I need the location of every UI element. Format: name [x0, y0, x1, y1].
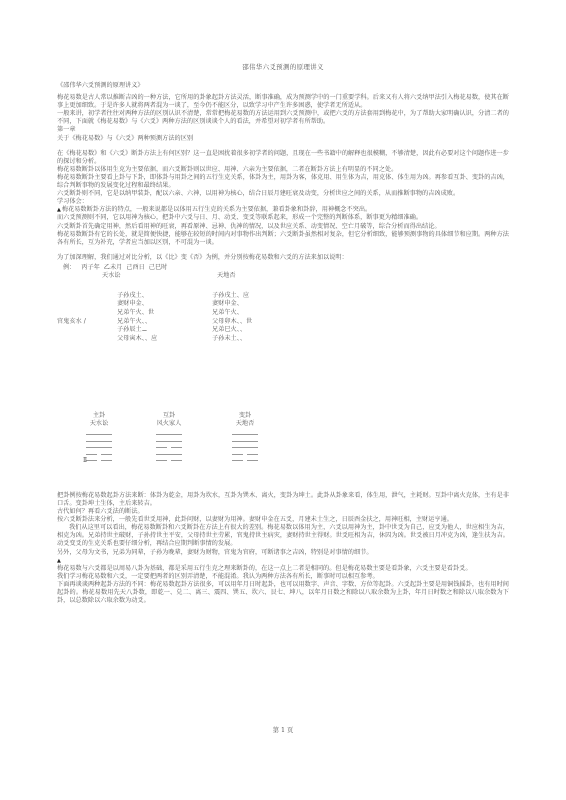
section1-paragraph-2: 梅花易数断卦以体用生克为主要依据，而六爻断卦则以世应、用神、六亲为主要依据，二者…	[57, 166, 509, 174]
section3-paragraph-4: 我们从这里可以看出，梅花易数断卦和六爻断卦在方法上有很大的差别。梅花易数以体用为…	[57, 524, 509, 548]
page-title: 邵伟华六爻预测的原理讲义	[0, 62, 566, 71]
document-page: 邵伟华六爻预测的原理讲义 《邵伟华六爻预测的原理讲义》 梅花易数是古人常以推断吉…	[0, 0, 566, 800]
hidden-spirit-label: 官鬼亥水 /	[57, 318, 86, 326]
main-hexagram-type: 主卦	[69, 412, 129, 420]
section1-paragraph-1: 在《梅花易数》和《六爻》断卦方法上有何区别？这一直是困扰着很多初学者的问题，且现…	[57, 150, 509, 166]
mutual-hexagram-lines	[156, 434, 182, 461]
example-block: 例： 丙子年 乙未月 己酉日 己巳时 天水讼 天地否 子孙戌土、 妻财申金、 兄…	[57, 262, 509, 412]
changed-hexagram: 变卦 天地否	[215, 412, 275, 467]
yin-line-icon	[156, 447, 182, 448]
example-label: 例：	[63, 264, 75, 271]
yin-line-icon	[232, 454, 258, 455]
right-hexagram-name: 天地否	[217, 272, 236, 280]
main-hexagram-title: 天水讼	[69, 420, 129, 428]
example-header: 例： 丙子年 乙未月 己酉日 己巳时	[63, 264, 167, 272]
left-hexagram-name: 天水讼	[102, 272, 121, 280]
right-hexagram-lines: 子孙戌土、应 妻财申金、 兄弟午火、 父母卯木、、世 兄弟巳火、、 子孙未土、、	[212, 292, 252, 344]
section4-paragraph-1: 梅花易数与六爻都是以周易八卦为基础，都是采用五行生克之理来断卦的，在这一点上二者…	[57, 565, 509, 573]
mutual-hexagram-type: 互卦	[139, 412, 199, 420]
yin-line-icon	[86, 454, 112, 455]
left-line-4: 兄弟午火、世	[117, 309, 157, 318]
yang-line-icon	[156, 441, 182, 442]
right-line-4: 兄弟午火、	[212, 309, 252, 318]
section3-paragraph-5: 另外，父母为文书，兄弟为同辈，子孙为晚辈，妻财为财物，官鬼为官府，可断诸事之吉凶…	[57, 549, 509, 557]
right-line-1: 子孙未土、、	[212, 335, 252, 344]
main-hexagram-lines: Ⅱ	[86, 434, 112, 461]
section1-paragraph-3: 梅花易数断卦主要看上卦与下卦，即体卦与用卦之间的五行生克关系，体卦为主，用卦为客…	[57, 174, 509, 190]
right-line-5: 妻财申金、	[212, 300, 252, 309]
main-hexagram: 主卦 天水讼 Ⅱ	[69, 412, 129, 467]
example-intro: 为了加深理解，我们通过对比分析，以《比》变《否》为例，并分别按梅花易数和六爻的方…	[57, 254, 509, 262]
section4-paragraph-3: 下面再谈谈两种起卦方法的不同：梅花易数起卦方法很多，可以用年月日时起卦，也可以用…	[57, 581, 509, 605]
date-year: 丙子年	[81, 264, 100, 271]
section1-paragraph-4: 六爻断卦则不同，它是以纳甲装卦，配以六亲、六神，以用神为核心，结合日辰月建旺衰及…	[57, 190, 509, 198]
yin-line-icon	[156, 460, 182, 461]
yang-line-icon	[86, 447, 112, 448]
yang-line-icon	[232, 434, 258, 435]
moving-line-marker-icon: Ⅱ	[83, 457, 87, 465]
left-line-2: 子孙辰土⚊	[117, 326, 157, 335]
yang-line-icon	[232, 441, 258, 442]
yang-line-icon	[156, 454, 182, 455]
mutual-hexagram: 互卦 风火家人	[139, 412, 199, 467]
section3-paragraph-1: 把卦例按梅花易数起卦方法来断：体卦为乾金，用卦为坎水，互卦为巽木、离火，变卦为坤…	[57, 492, 509, 508]
right-line-3: 父母卯木、、世	[212, 318, 252, 327]
mutual-hexagram-title: 风火家人	[139, 420, 199, 428]
yang-line-icon	[86, 441, 112, 442]
section4-paragraph-2: 我们学习梅花易数和六爻，一定要把两者的区别弄清楚，不能混淆。我认为两种方法各有所…	[57, 573, 509, 581]
changed-hexagram-title: 天地否	[215, 420, 275, 428]
document-body: 《邵伟华六爻预测的原理讲义》 梅花易数是古人常以推断吉凶的一种方法，它所用的卦象…	[57, 82, 509, 605]
yang-line-icon	[156, 434, 182, 435]
section3-paragraph-2: 古代如何？再看六爻法的断法。	[57, 508, 509, 516]
left-hexagram-lines: 子孙戌土、 妻财申金、 兄弟午火、世 兄弟午火、、 子孙辰土⚊ 父母寅木、、应	[117, 292, 157, 344]
changed-hexagram-lines	[232, 434, 258, 461]
date-day: 己酉日	[126, 264, 145, 271]
page-number: 第 1 页	[0, 725, 566, 734]
chapter-label: 第一章	[57, 126, 509, 134]
document-subtitle: 《邵伟华六爻预测的原理讲义》	[57, 82, 509, 90]
intro-paragraph-1: 梅花易数是古人常以推断吉凶的一种方法，它所用的卦象起卦方法灵活，断事准确，成为预…	[57, 94, 509, 110]
section-marker	[57, 557, 509, 565]
left-line-3: 兄弟午火、、	[117, 318, 157, 327]
hexagram-diagrams: 主卦 天水讼 Ⅱ 互卦 风火家人	[57, 412, 509, 492]
left-line-1: 父母寅木、、应	[117, 335, 157, 344]
chapter-heading: 关于《梅花易数》与《六爻》两种预测方法的区别	[57, 135, 509, 143]
intro-paragraph-2: 一般来讲，初学者往往对两种方法的区别认识不清楚，常常把梅花易数的方法运用到六爻预…	[57, 110, 509, 126]
yin-line-icon: Ⅱ	[86, 460, 112, 461]
date-hour: 己巳时	[149, 264, 168, 271]
date-month: 乙未月	[104, 264, 123, 271]
yang-line-icon	[86, 434, 112, 435]
section2-paragraph-1: 而六爻预测则不同，它以用神为核心，把卦中六爻与日、月、动爻、变爻等联系起来，形成…	[57, 214, 509, 222]
section2-paragraph-2: 六爻断卦首先确定用神，然后看用神的旺衰，再看原神、忌神、仇神的情况，以及世应关系…	[57, 223, 509, 231]
section2-paragraph-3: 梅花易数断卦有它的长处，就是简便快捷，能够在较短的时间内对事物作出判断；六爻断卦…	[57, 231, 509, 247]
changed-hexagram-type: 变卦	[215, 412, 275, 420]
left-line-5: 妻财申金、	[117, 300, 157, 309]
yang-line-icon	[232, 447, 258, 448]
yin-line-icon	[232, 460, 258, 461]
right-line-2: 兄弟巳火、、	[212, 326, 252, 335]
